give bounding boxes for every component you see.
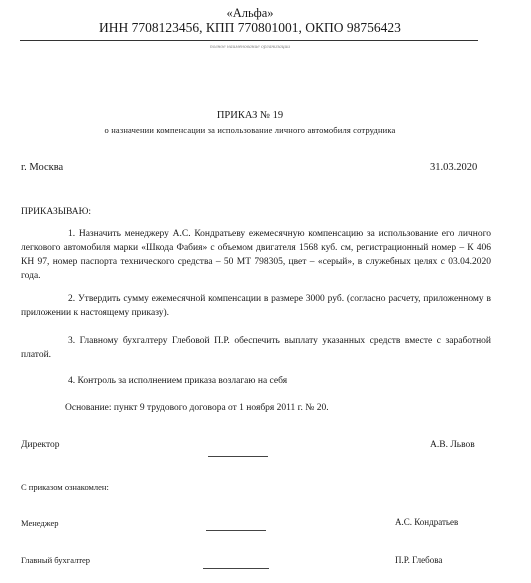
manager-name: А.С. Кондратьев	[395, 517, 458, 527]
order-title: ПРИКАЗ № 19	[0, 110, 500, 121]
order-item-1: 1. Назначить менеджеру А.С. Кондратьеву …	[21, 227, 491, 283]
order-item-2: 2. Утвердить сумму ежемесячной компенсац…	[21, 292, 491, 320]
order-date: 31.03.2020	[430, 162, 477, 173]
director-name: А.В. Львов	[430, 440, 475, 450]
accountant-role: Главный бухгалтер	[21, 555, 90, 565]
manager-signature-line	[206, 530, 266, 531]
order-item-4: 4. Контроль за исполнением приказа возла…	[21, 374, 491, 388]
header-divider	[20, 40, 478, 41]
director-signature-line	[208, 456, 268, 457]
organization-ids: ИНН 7708123456, КПП 770801001, ОКПО 9875…	[0, 20, 500, 36]
order-item-3: 3. Главному бухгалтеру Глебовой П.Р. обе…	[21, 334, 491, 362]
order-directive: ПРИКАЗЫВАЮ:	[21, 207, 91, 217]
order-city: г. Москва	[21, 162, 63, 173]
order-subtitle: о назначении компенсации за использовани…	[0, 125, 500, 135]
manager-role: Менеджер	[21, 518, 59, 528]
organization-caption: полное наименование организации	[0, 44, 500, 50]
organization-name: «Альфа»	[0, 6, 500, 21]
order-basis: Основание: пункт 9 трудового договора от…	[21, 401, 491, 415]
director-role: Директор	[21, 440, 60, 450]
accountant-name: П.Р. Глебова	[395, 555, 442, 565]
accountant-signature-line	[203, 568, 269, 569]
acknowledged-label: С приказом ознакомлен:	[21, 482, 109, 492]
